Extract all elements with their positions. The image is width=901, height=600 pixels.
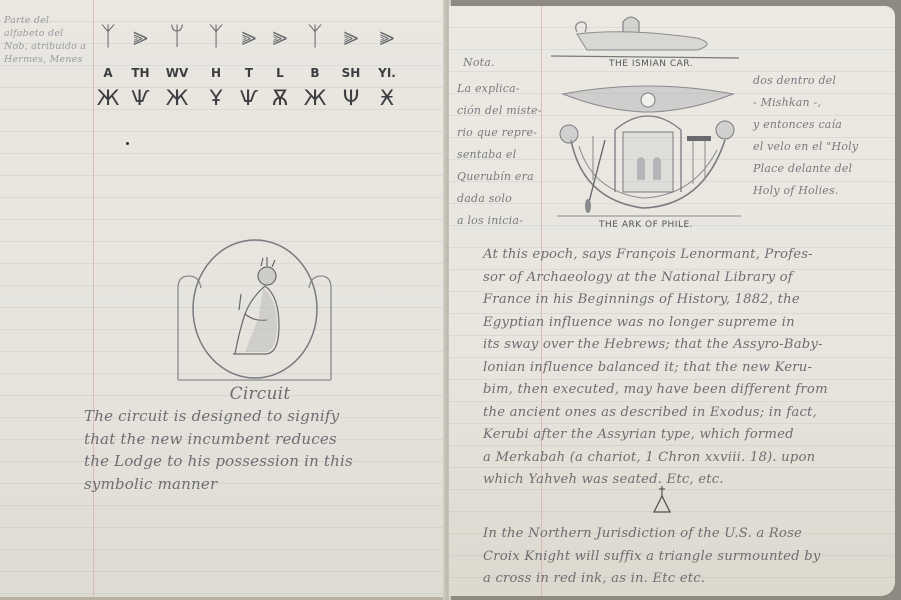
note-line: rio que repre-: [457, 122, 543, 144]
note-line: ción del miste-: [457, 100, 543, 122]
triangle-cross-icon: [652, 486, 672, 516]
note-line: el velo en el "Holy: [753, 136, 893, 158]
right-margin-note: dos dentro del - Mishkan -, y entonces c…: [753, 70, 893, 202]
text-line: In the Northern Jurisdiction of the U.S.…: [483, 523, 893, 546]
text-line: lonian influence balanced it; that the n…: [483, 357, 893, 380]
text-line: The circuit is designed to signify: [84, 405, 444, 428]
notebook-spread: Parte del alfabeto del Nob, atribuido a …: [0, 0, 901, 600]
arrow-glyph-icon: ᛘ: [157, 22, 197, 53]
note-line: Querubín era: [457, 166, 543, 188]
note-label: Nota.: [463, 52, 495, 74]
text-line: a Merkabah (a chariot, 1 Chron xxviii. 1…: [483, 447, 893, 470]
circuit-text: The circuit is designed to signify that …: [84, 405, 444, 495]
note-line: dada solo: [457, 188, 543, 210]
cipher-symbol-icon: Ѫ: [263, 86, 297, 110]
symbol-row: Ж Ѱ Ж Ұ Ѱ Ѫ Ж Ψ Ӿ: [92, 86, 405, 110]
ink-dot: [126, 142, 129, 145]
ismian-car-caption: THE ISMIAN CAR.: [609, 59, 693, 69]
closing-text: In the Northern Jurisdiction of the U.S.…: [483, 523, 893, 591]
text-line: Croix Knight will suffix a triangle surm…: [483, 546, 893, 569]
note-line: Holy of Holies.: [753, 180, 893, 202]
cipher-symbol-icon: Ж: [157, 86, 197, 110]
cipher-symbol-icon: Ѱ: [124, 86, 157, 110]
arrow-glyph-icon: ⫸: [235, 22, 263, 53]
text-line: that the new incumbent reduces: [84, 428, 444, 451]
alphabet-letter: A: [92, 66, 124, 80]
text-line: its sway over the Hebrews; that the Assy…: [483, 334, 893, 357]
alphabet-letter: H: [197, 66, 235, 80]
note-line: Place delante del: [753, 158, 893, 180]
alphabet-letter: T: [235, 66, 263, 80]
ark-caption: THE ARK OF PHILE.: [599, 220, 693, 230]
cipher-symbol-icon: Ӿ: [369, 86, 405, 110]
note-line: y entonces caía: [753, 114, 893, 136]
alphabet-letter: TH: [124, 66, 157, 80]
note-line: sentaba el: [457, 144, 543, 166]
note-line: a los inicia-: [457, 210, 543, 232]
arrow-glyph-icon: ᛉ: [197, 22, 235, 53]
text-line: symbolic manner: [84, 473, 444, 496]
alphabet-letter: YI.: [369, 66, 405, 80]
arrow-glyph-icon: ⫸: [333, 22, 369, 53]
text-line: Kerubi after the Assyrian type, which fo…: [483, 424, 893, 447]
note-line: dos dentro del: [753, 70, 893, 92]
text-line: sor of Archaeology at the National Libra…: [483, 267, 893, 290]
arrow-glyph-icon: ⫸: [263, 22, 297, 53]
cipher-symbol-icon: Ұ: [197, 86, 235, 110]
letter-row: A TH WV H T L B SH YI.: [92, 66, 405, 80]
ismian-car-drawing: [547, 10, 747, 60]
right-page: Nota. La explica- ción del miste- rio qu…: [449, 6, 895, 596]
note-line: - Mishkan -,: [753, 92, 893, 114]
text-line: the Lodge to his possession in this: [84, 450, 444, 473]
text-line: the ancient ones as described in Exodus;…: [483, 402, 893, 425]
left-page: Parte del alfabeto del Nob, atribuido a …: [0, 0, 445, 600]
arrow-glyph-icon: ᛉ: [92, 22, 124, 53]
arrow-glyph-icon: ⫸: [124, 22, 157, 53]
text-line: France in his Beginnings of History, 188…: [483, 289, 893, 312]
alphabet-letter: SH: [333, 66, 369, 80]
text-line: which Yahveh was seated. Etc, etc.: [483, 469, 893, 492]
alphabet-letter: B: [297, 66, 333, 80]
arrow-glyph-row: ᛉ ⫸ ᛘ ᛉ ⫸ ⫸ ᛉ ⫸ ⫸: [92, 22, 405, 53]
text-line: At this epoch, says François Lenormant, …: [483, 244, 893, 267]
alphabet-letter: WV: [157, 66, 197, 80]
cipher-symbol-icon: Ψ: [333, 86, 369, 110]
text-line: bim, then executed, may have been differ…: [483, 379, 893, 402]
alphabet-letter: L: [263, 66, 297, 80]
ark-of-phile-drawing: [553, 80, 743, 220]
note-line: La explica-: [457, 78, 543, 100]
circuit-drawing: [175, 236, 345, 386]
text-line: Egyptian influence was no longer supreme…: [483, 312, 893, 335]
left-margin-note: La explica- ción del miste- rio que repr…: [457, 78, 543, 232]
margin-note: Parte del alfabeto del Nob, atribuido a …: [4, 14, 88, 66]
circuit-title: Circuit: [170, 383, 350, 406]
text-line: a cross in red ink, as in. Etc etc.: [483, 568, 893, 591]
cipher-symbol-icon: Ѱ: [235, 86, 263, 110]
main-text: At this epoch, says François Lenormant, …: [483, 244, 893, 492]
arrow-glyph-icon: ⫸: [369, 22, 405, 53]
arrow-glyph-icon: ᛉ: [297, 22, 333, 53]
cipher-symbol-icon: Ж: [92, 86, 124, 110]
cipher-symbol-icon: Ж: [297, 86, 333, 110]
